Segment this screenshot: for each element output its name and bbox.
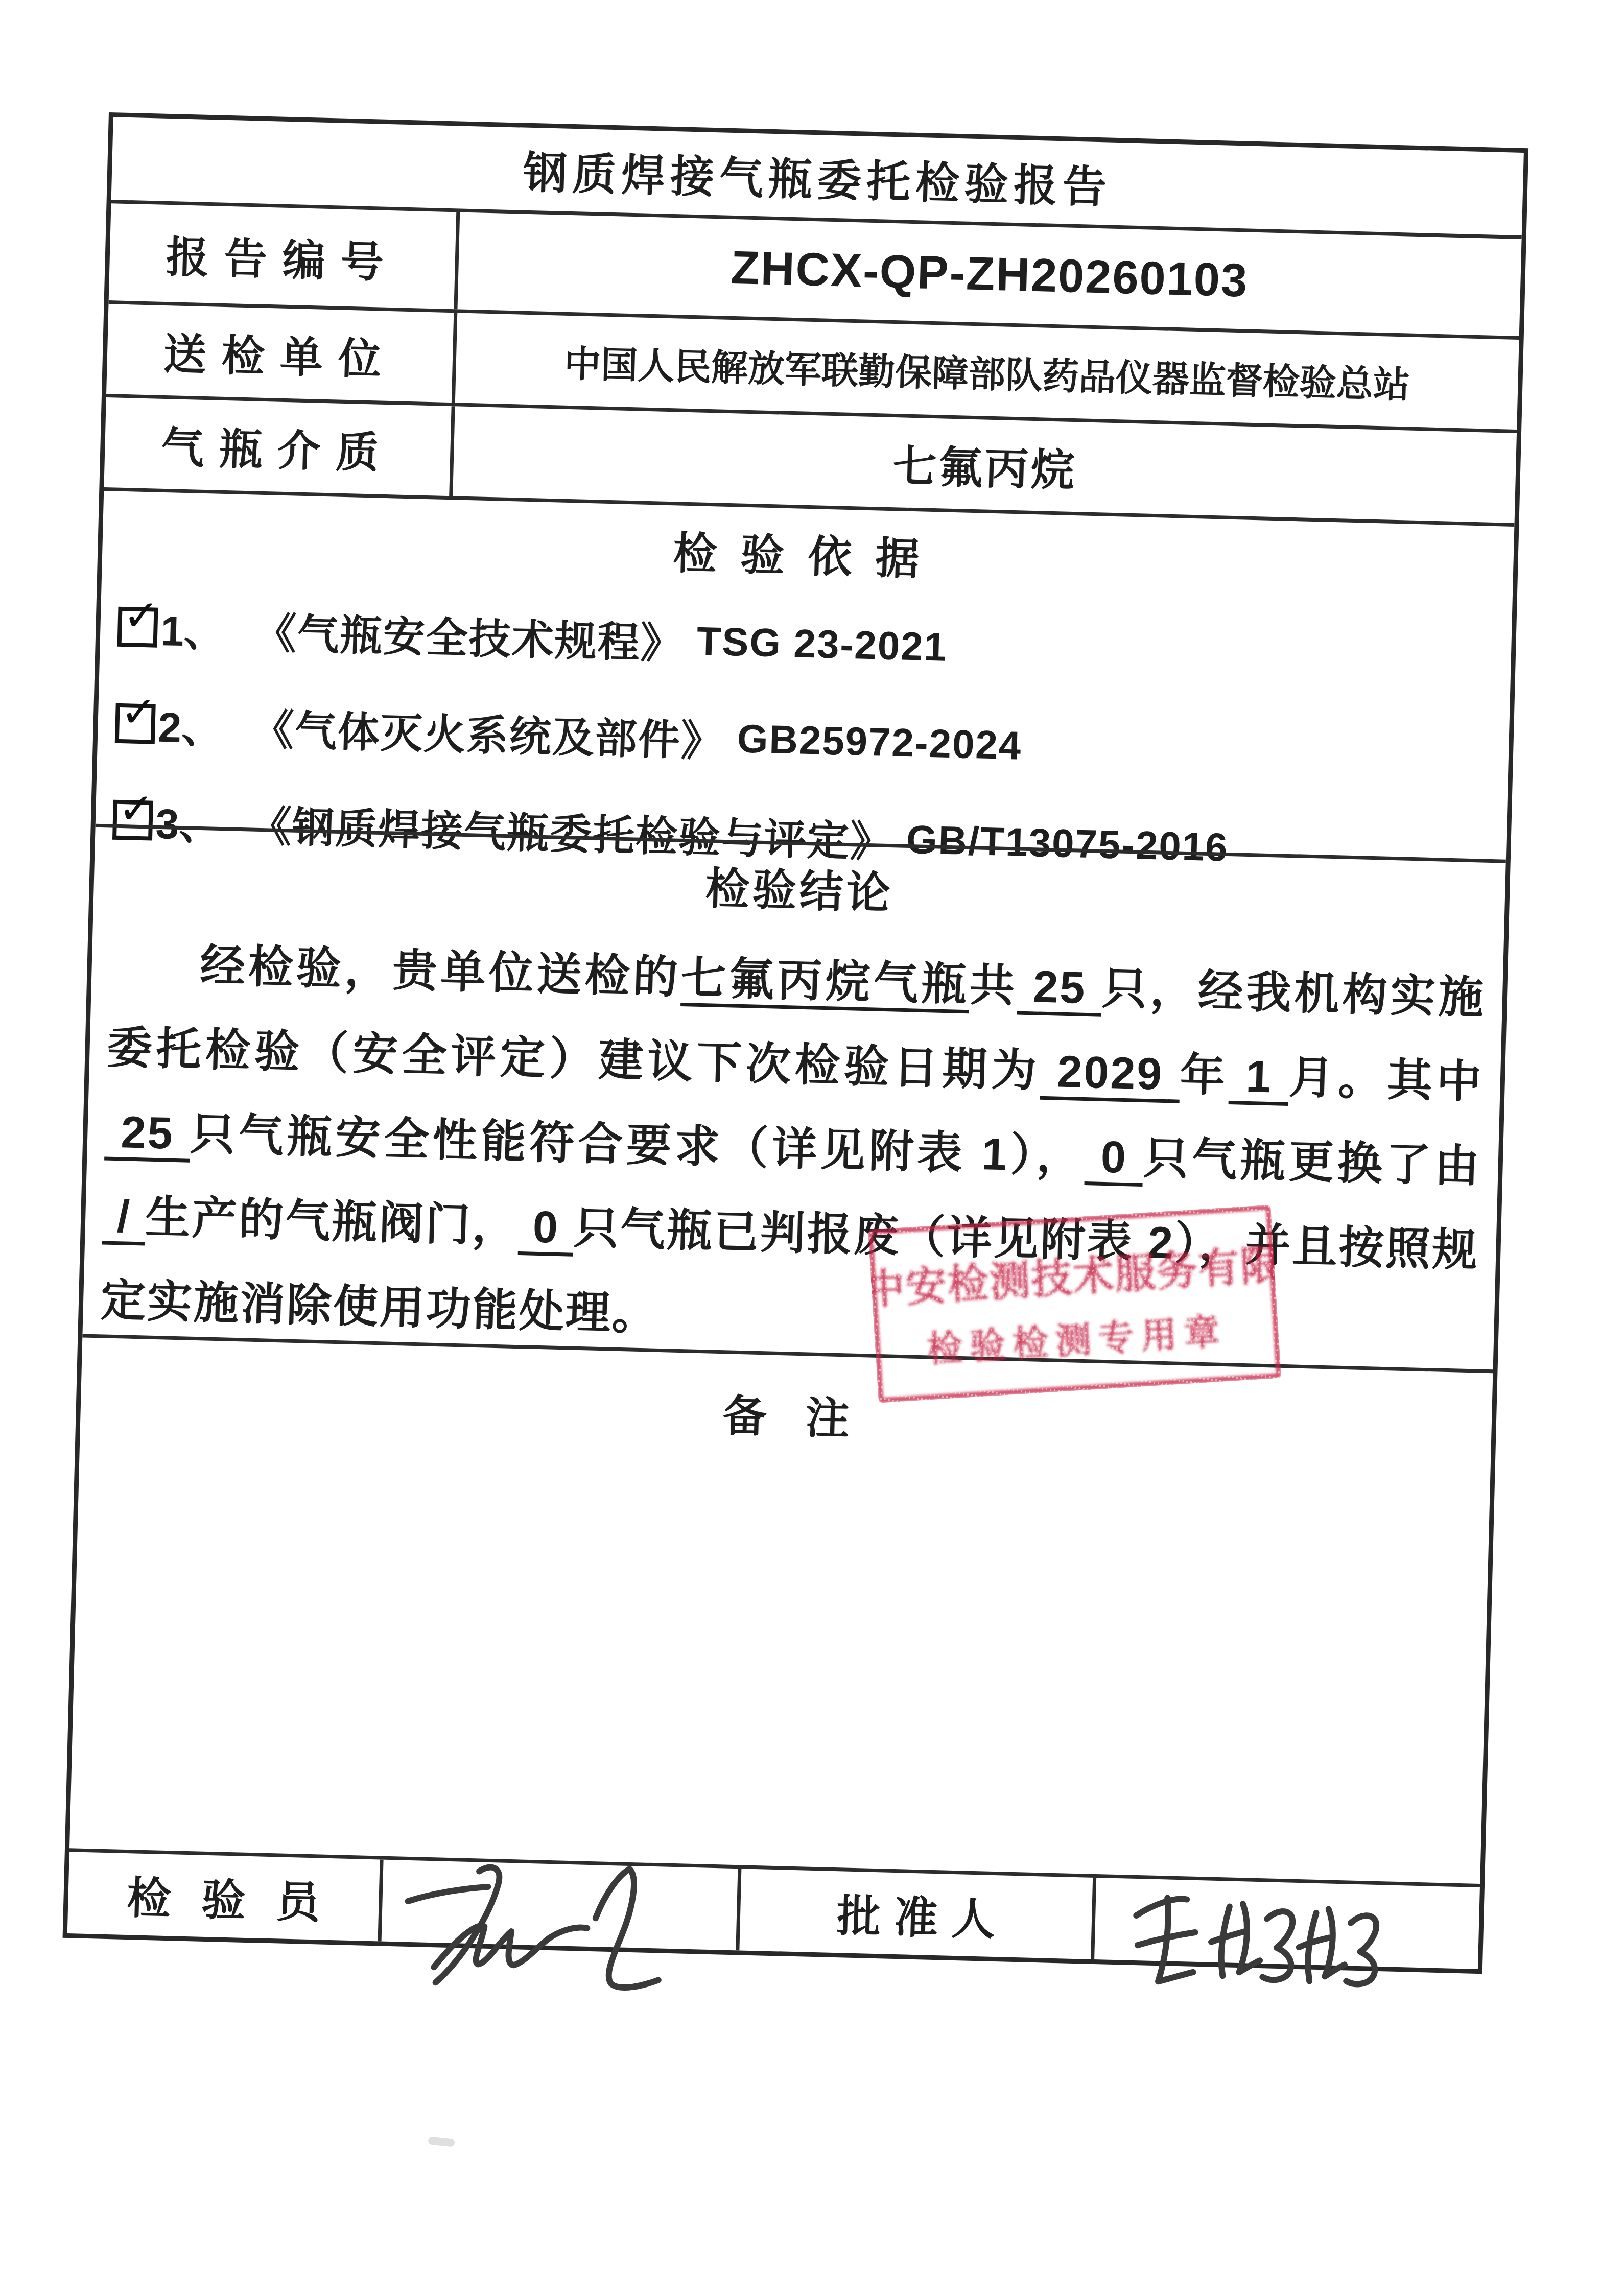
scan-smudge xyxy=(428,2136,455,2147)
check-mark-icon: ✓ xyxy=(123,594,159,637)
inspector-handwritten-signature xyxy=(398,1836,668,2016)
basis-item-title: 《气瓶安全技术规程》 xyxy=(254,600,685,671)
conclusion-paragraph: 经检验，贵单位送检的七氟丙烷气瓶共 25 只，经我机构实施委托检验（安全评定）建… xyxy=(82,920,1503,1370)
filled-value-valve-replaced-count: 0 xyxy=(1084,1131,1144,1187)
inspection-basis-header: 检验依据 xyxy=(102,503,1514,602)
check-mark-icon: ✓ xyxy=(117,786,154,830)
basis-item-standard-code: GB25972-2024 xyxy=(737,716,1023,769)
basis-item-standard-code: TSG 23-2021 xyxy=(696,618,948,670)
basis-item-number: 1、 xyxy=(160,598,227,659)
seal-subtitle: 检验检测专用章 xyxy=(925,1303,1228,1373)
report-number-label: 报告编号 xyxy=(109,203,460,309)
basis-item-number: 2、 xyxy=(157,694,224,755)
remarks-header: 备注 xyxy=(80,1364,1492,1463)
inspection-conclusion-section: 检验结论 经检验，贵单位送检的七氟丙烷气瓶共 25 只，经我机构实施委托检验（安… xyxy=(82,824,1505,1370)
conclusion-segment: 经检验，贵单位送检的 xyxy=(200,940,682,1003)
conclusion-segment: 共 xyxy=(969,959,1019,1011)
conclusion-segment: 只气瓶更换了由 xyxy=(1143,1132,1481,1192)
filled-value-next-year: 2029 xyxy=(1040,1046,1181,1103)
filled-value-valve-maker: / xyxy=(102,1190,146,1245)
approver-signature-cell xyxy=(1091,1878,1480,1969)
checked-checkbox-icon: ✓ xyxy=(115,703,156,744)
inspector-label-cell: 检验员 xyxy=(67,1852,380,1941)
conclusion-segment: 年 xyxy=(1180,1049,1230,1101)
document-sheet: 钢质焊接气瓶委托检验报告 报告编号 ZHCX-QP-ZH20260103 送检单… xyxy=(63,112,1529,1974)
filled-value-medium: 七氟丙烷气瓶 xyxy=(680,952,970,1013)
inspector-label: 检验员 xyxy=(96,1862,351,1932)
filled-value-scrapped-count: 0 xyxy=(518,1201,574,1257)
check-mark-icon: ✓ xyxy=(120,690,157,734)
inspector-signature-cell xyxy=(378,1860,738,1951)
company-red-seal: 天津中安检测技术服务有限公司 检验检测专用章 xyxy=(868,1204,1282,1403)
filled-value-count: 25 xyxy=(1017,961,1103,1017)
scanned-report-page: { "icons": { "check": "✓" }, "report": {… xyxy=(0,0,1624,2294)
remarks-section: 备注 xyxy=(69,1334,1493,1884)
conclusion-segment: 只气瓶安全性能符合要求（详见附表 1）， xyxy=(190,1108,1086,1181)
approver-label: 批准人 xyxy=(823,1880,1009,1948)
conclusion-segment: 生产的气瓶阀门， xyxy=(145,1192,519,1251)
basis-item-2: ✓ 2、 《气体灭火系统及部件》 GB25972-2024 xyxy=(97,693,1509,788)
conclusion-segment: 月。其中 xyxy=(1288,1052,1484,1107)
inspection-basis-section: 检验依据 ✓ 1、 《气瓶安全技术规程》 TSG 23-2021 ✓ 2、 《气… xyxy=(96,487,1515,860)
filled-value-passed-count: 25 xyxy=(104,1106,191,1162)
submitting-unit-label: 送检单位 xyxy=(106,304,457,403)
checked-checkbox-icon: ✓ xyxy=(117,606,158,647)
approver-label-cell: 批准人 xyxy=(736,1869,1093,1959)
filled-value-next-month: 1 xyxy=(1229,1050,1290,1106)
cylinder-medium-label: 气瓶介质 xyxy=(104,397,455,496)
basis-item-1: ✓ 1、 《气瓶安全技术规程》 TSG 23-2021 xyxy=(100,596,1512,692)
approver-handwritten-signature xyxy=(1118,1864,1408,2024)
page-title: 钢质焊接气瓶委托检验报告 xyxy=(523,137,1113,216)
report-table: 钢质焊接气瓶委托检验报告 报告编号 ZHCX-QP-ZH20260103 送检单… xyxy=(63,112,1529,1974)
basis-item-title: 《气体灭火系统及部件》 xyxy=(251,696,725,768)
